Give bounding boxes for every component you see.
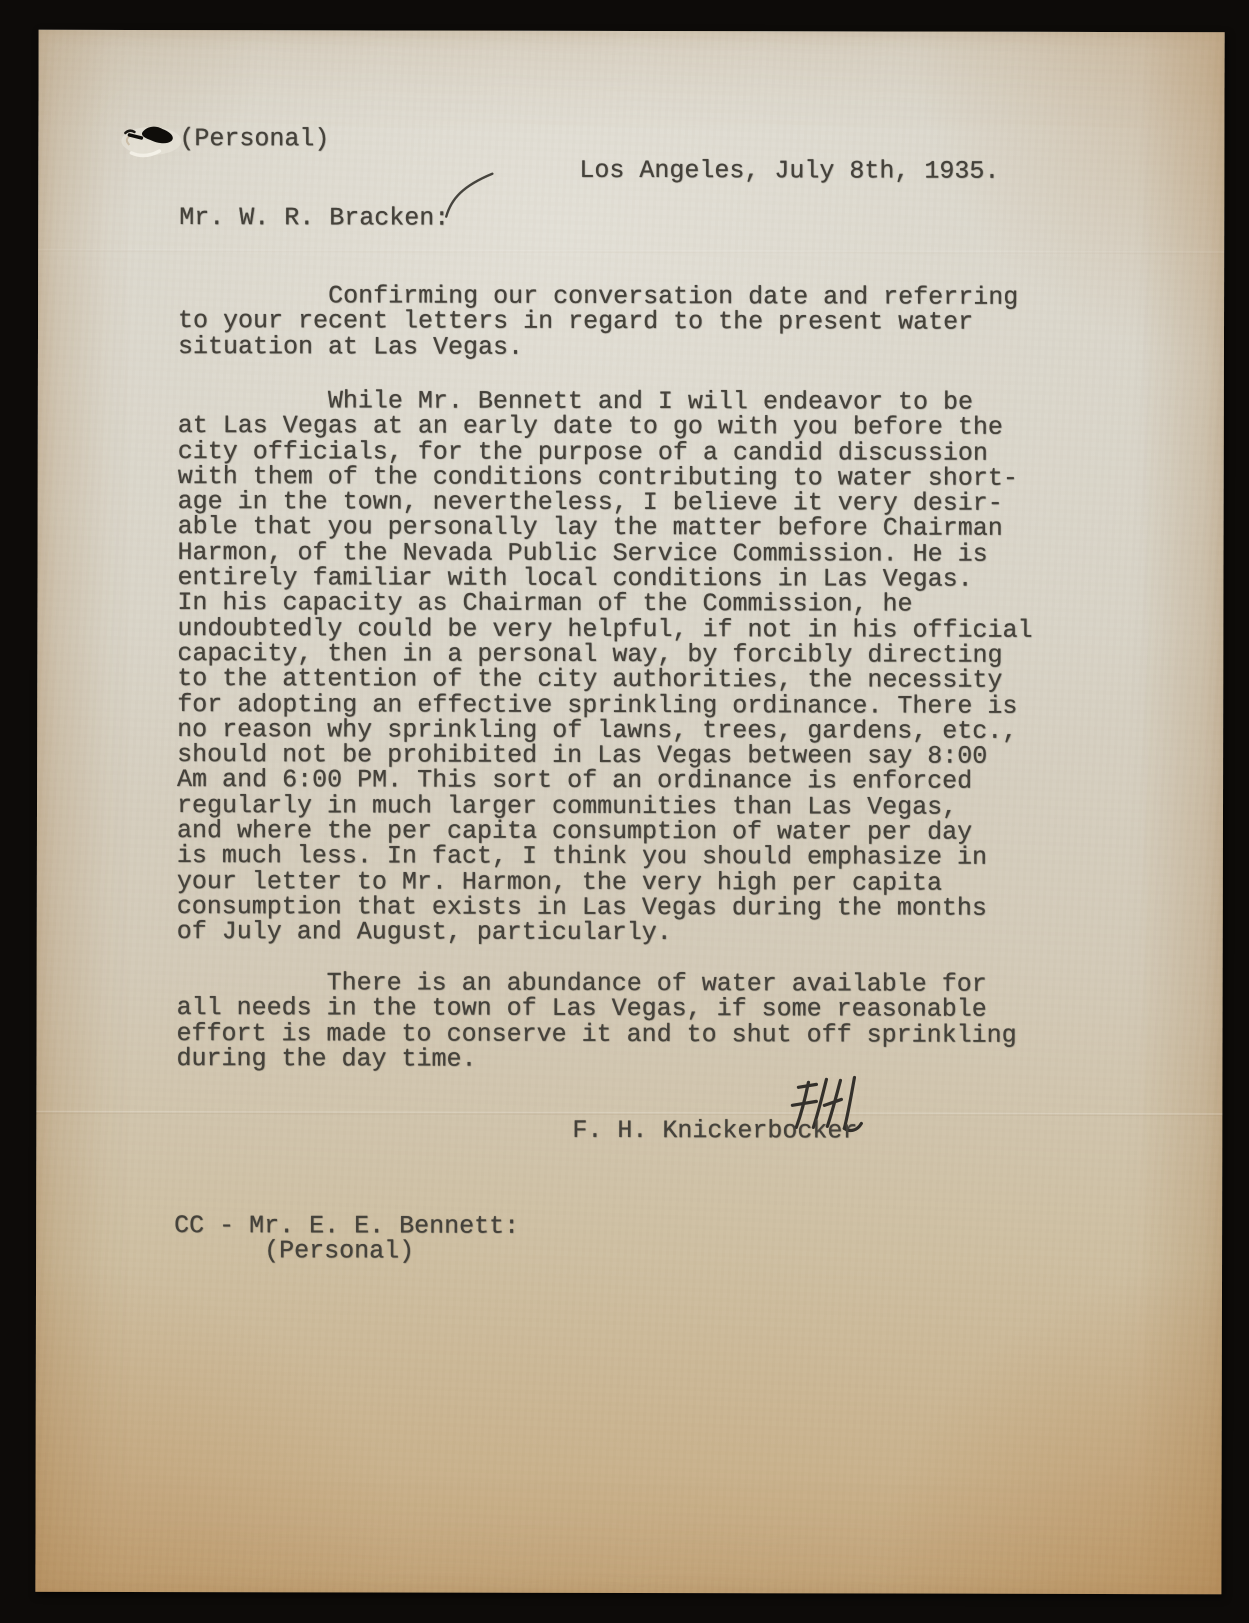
cc-block: CC - Mr. E. E. Bennett: (Personal) xyxy=(174,1213,519,1264)
letter-page: (Personal) Los Angeles, July 8th, 1935. … xyxy=(35,30,1224,1594)
signature-name: F. H. Knickerbocker xyxy=(572,1118,857,1144)
personal-tag: (Personal) xyxy=(179,126,329,152)
paragraph-2: While Mr. Bennett and I will endeavor to… xyxy=(177,388,1033,946)
paragraph-3: There is an abundance of water available… xyxy=(176,970,1016,1073)
paper-crease xyxy=(38,249,1224,254)
scan-background: (Personal) Los Angeles, July 8th, 1935. … xyxy=(0,0,1249,1623)
pen-checkmark-icon xyxy=(401,141,501,221)
dateline: Los Angeles, July 8th, 1935. xyxy=(579,158,999,184)
paragraph-1: Confirming our conversation date and ref… xyxy=(178,283,1018,361)
